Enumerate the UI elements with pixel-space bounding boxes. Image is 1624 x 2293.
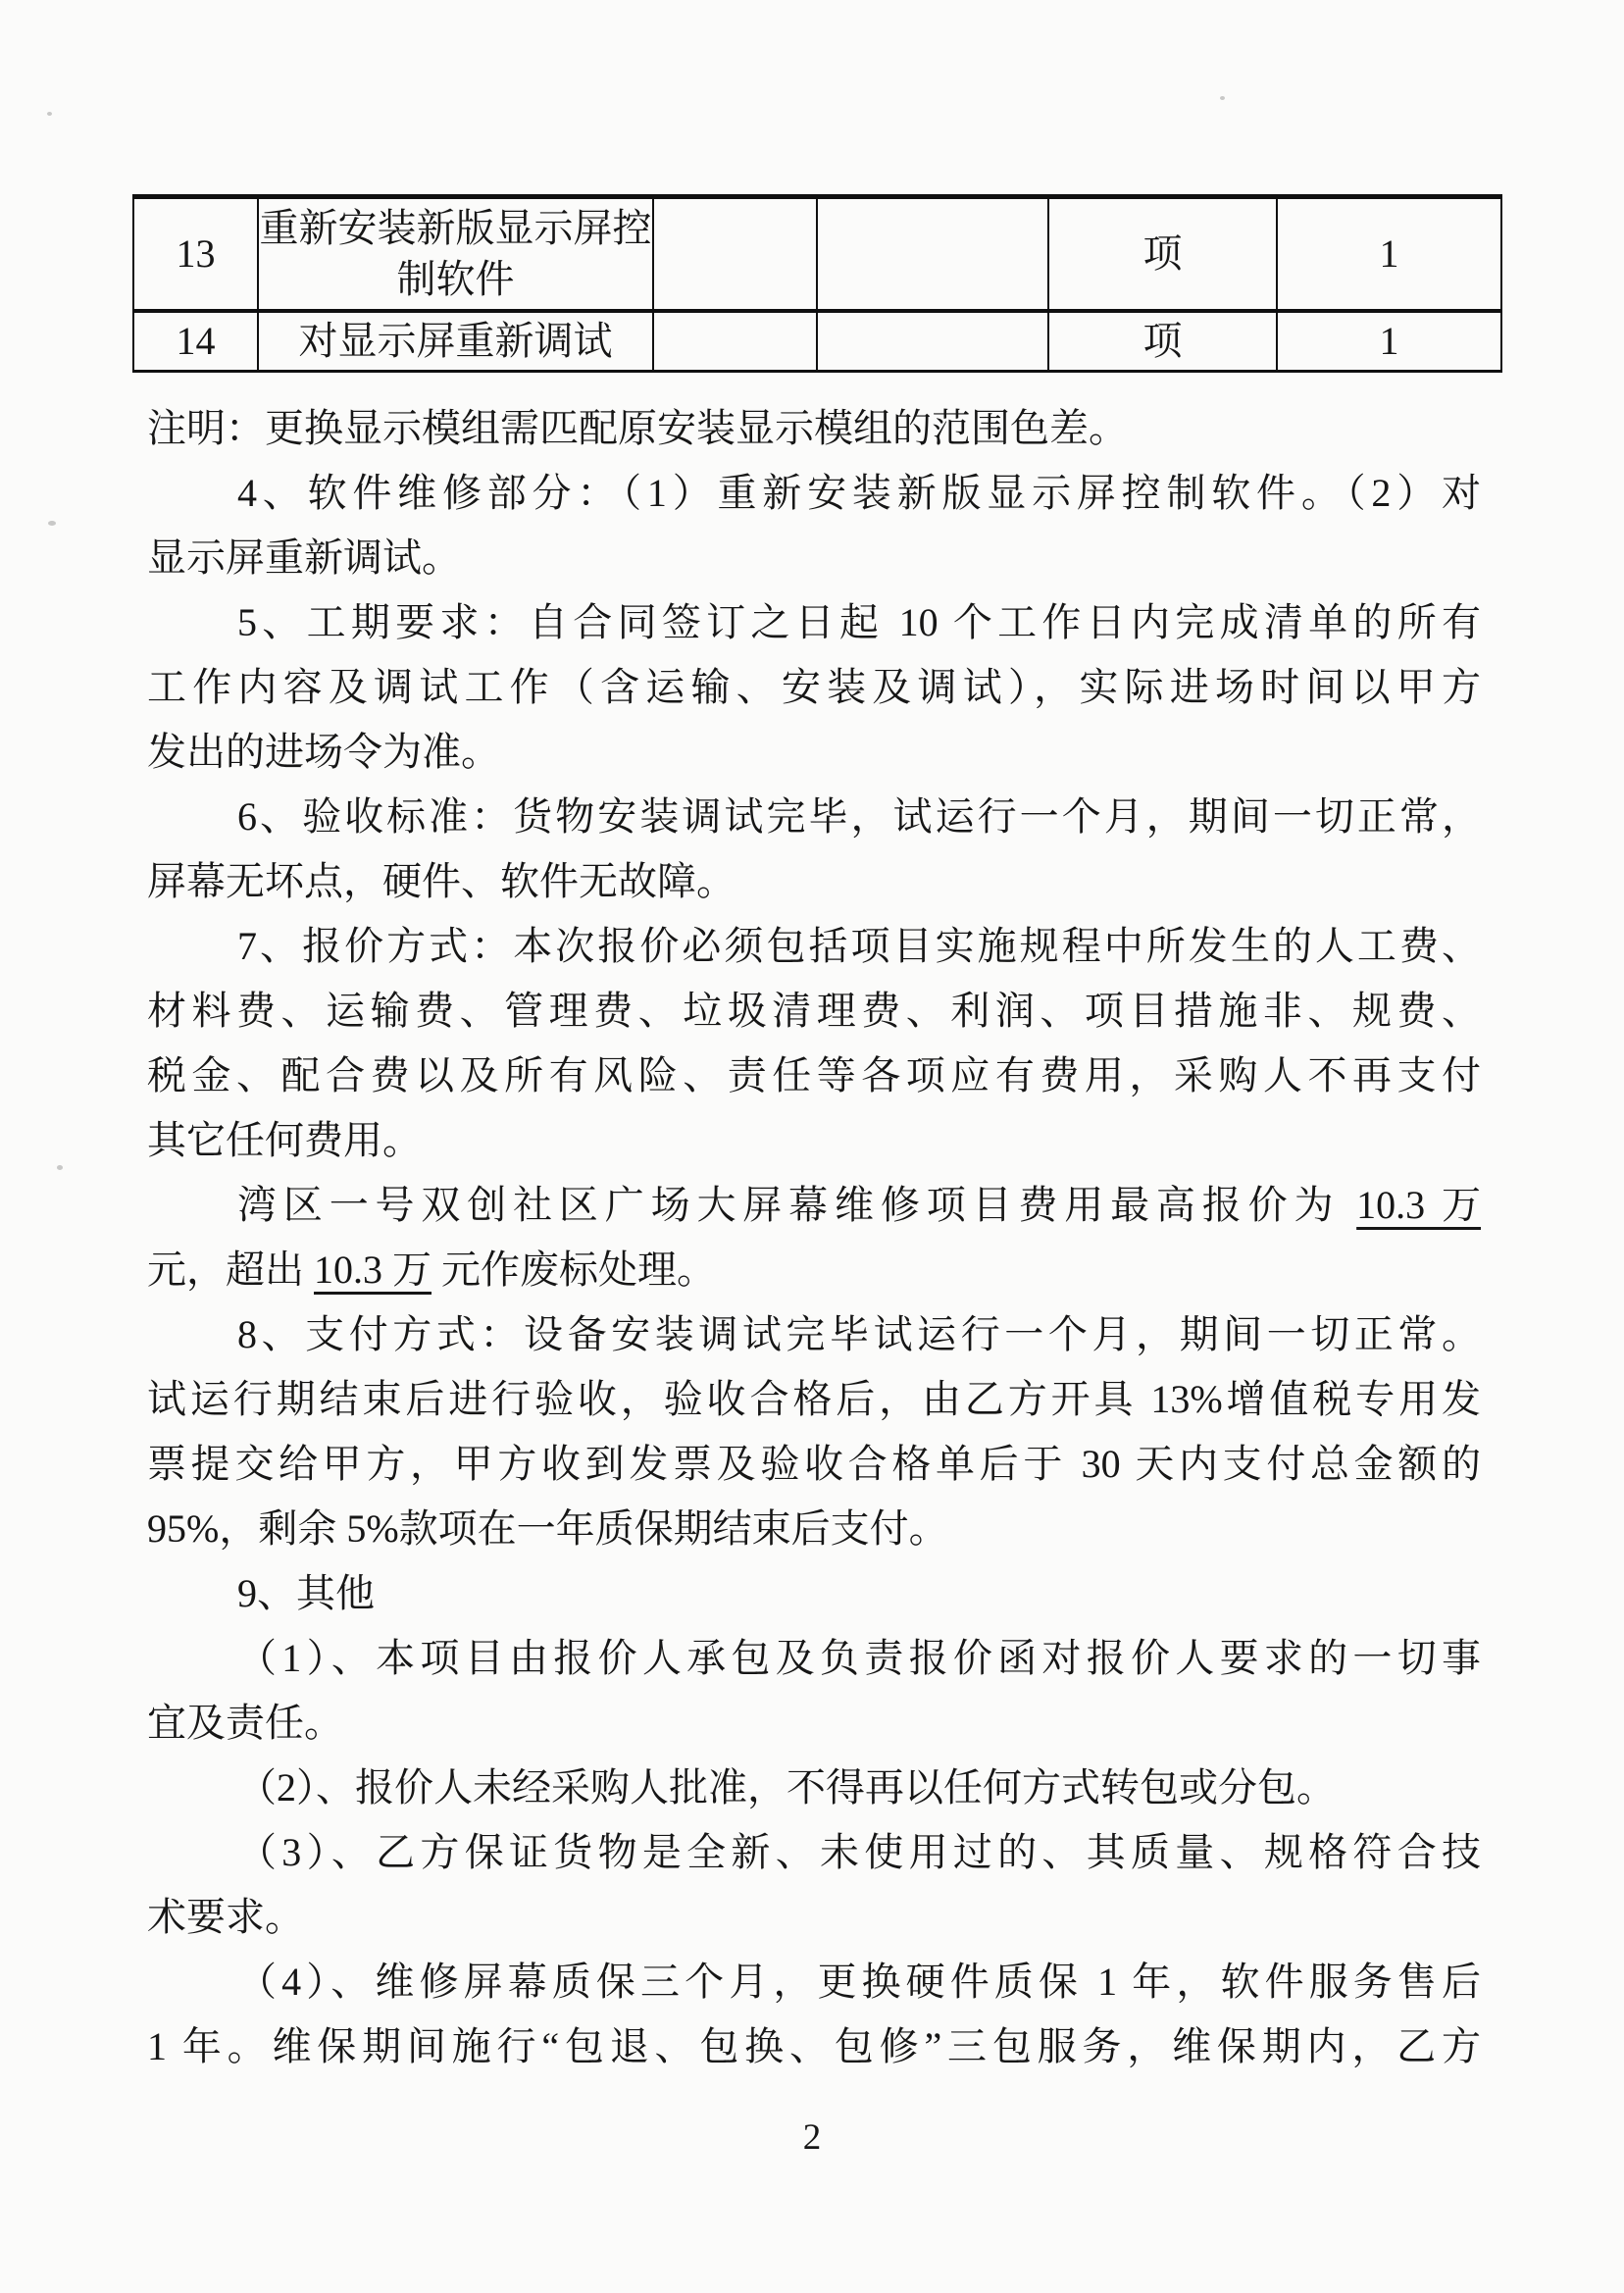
text-line: 试运行期结束后进行验收，验收合格后，由乙方开具 13%增值税专用发 (147, 1367, 1481, 1432)
clause-9-line: 9、其他 (147, 1561, 1481, 1626)
items-table: 13 重新安装新版显示屏控制软件 项 1 14 对显示屏重新调试 项 1 (132, 194, 1502, 373)
cell-quantity: 1 (1277, 311, 1501, 372)
note-line: 注明：更换显示模组需匹配原安装显示模组的范围色差。 (147, 396, 1481, 461)
text-line: 宜及责任。 (147, 1691, 1481, 1756)
cell-blank-1 (653, 311, 817, 372)
max-price-line: 元，超出 10.3 万 元作废标处理。 (147, 1238, 1481, 1302)
document-body: 注明：更换显示模组需匹配原安装显示模组的范围色差。 4、软件维修部分：（1）重新… (147, 396, 1481, 2079)
text-line: 工作内容及调试工作（含运输、安装及调试），实际进场时间以甲方 (147, 655, 1481, 720)
table-row: 13 重新安装新版显示屏控制软件 项 1 (133, 197, 1501, 312)
text-segment: 元，超出 (147, 1248, 314, 1292)
scan-speck (1220, 96, 1225, 100)
clause-6-line: 6、验收标准：货物安装调试完毕，试运行一个月，期间一切正常， (147, 785, 1481, 849)
text-line: 1 年。维保期间施行“包退、包换、包修”三包服务，维保期内，乙方 (147, 2014, 1481, 2079)
text-line: 其它任何费用。 (147, 1108, 1481, 1173)
subclause-3-line: （3）、乙方保证货物是全新、未使用过的、其质量、规格符合技 (147, 1820, 1481, 1885)
clause-8-line: 8、支付方式：设备安装调试完毕试运行一个月，期间一切正常。 (147, 1302, 1481, 1367)
clause-5-line: 5、工期要求：自合同签订之日起 10 个工作日内完成清单的所有 (147, 590, 1481, 655)
text-line: 材料费、运输费、管理费、垃圾清理费、利润、项目措施非、规费、 (147, 979, 1481, 1044)
text-line: 显示屏重新调试。 (147, 526, 1481, 590)
cell-quantity: 1 (1277, 197, 1501, 312)
cell-unit: 项 (1048, 197, 1277, 312)
cell-unit: 项 (1048, 311, 1277, 372)
table-row: 14 对显示屏重新调试 项 1 (133, 311, 1501, 372)
cell-row-number: 14 (133, 311, 258, 372)
cell-blank-1 (653, 197, 817, 312)
subclause-4-line: （4）、维修屏幕质保三个月，更换硬件质保 1 年，软件服务售后 (147, 1950, 1481, 2014)
cell-item-name: 重新安装新版显示屏控制软件 (258, 197, 653, 312)
underlined-price: 10.3 万 (1356, 1183, 1481, 1227)
text-line: 95%，剩余 5%款项在一年质保期结束后支付。 (147, 1497, 1481, 1561)
text-line: 票提交给甲方，甲方收到发票及验收合格单后于 30 天内支付总金额的 (147, 1432, 1481, 1497)
text-segment: 湾区一号双创社区广场大屏幕维修项目费用最高报价为 (237, 1183, 1356, 1227)
underlined-price: 10.3 万 (314, 1248, 431, 1292)
max-price-line: 湾区一号双创社区广场大屏幕维修项目费用最高报价为 10.3 万 (147, 1173, 1481, 1238)
scan-speck (57, 1165, 63, 1170)
cell-blank-2 (817, 197, 1048, 312)
subclause-1-line: （1）、本项目由报价人承包及负责报价函对报价人要求的一切事 (147, 1626, 1481, 1691)
cell-item-name: 对显示屏重新调试 (258, 311, 653, 372)
clause-7-line: 7、报价方式：本次报价必须包括项目实施规程中所发生的人工费、 (147, 914, 1481, 979)
page-number: 2 (0, 2111, 1624, 2166)
document-page: 13 重新安装新版显示屏控制软件 项 1 14 对显示屏重新调试 项 1 注明：… (0, 0, 1624, 2293)
cell-blank-2 (817, 311, 1048, 372)
scan-speck (48, 521, 56, 526)
clause-4-line: 4、软件维修部分：（1）重新安装新版显示屏控制软件。（2）对 (147, 461, 1481, 526)
text-line: 术要求。 (147, 1885, 1481, 1950)
text-segment: 元作废标处理。 (431, 1248, 716, 1292)
scan-speck (47, 112, 52, 116)
text-line: 税金、配合费以及所有风险、责任等各项应有费用，采购人不再支付 (147, 1044, 1481, 1108)
text-line: 屏幕无坏点，硬件、软件无故障。 (147, 849, 1481, 914)
text-line: 发出的进场令为准。 (147, 720, 1481, 785)
cell-row-number: 13 (133, 197, 258, 312)
subclause-2-line: （2）、报价人未经采购人批准，不得再以任何方式转包或分包。 (147, 1756, 1481, 1820)
